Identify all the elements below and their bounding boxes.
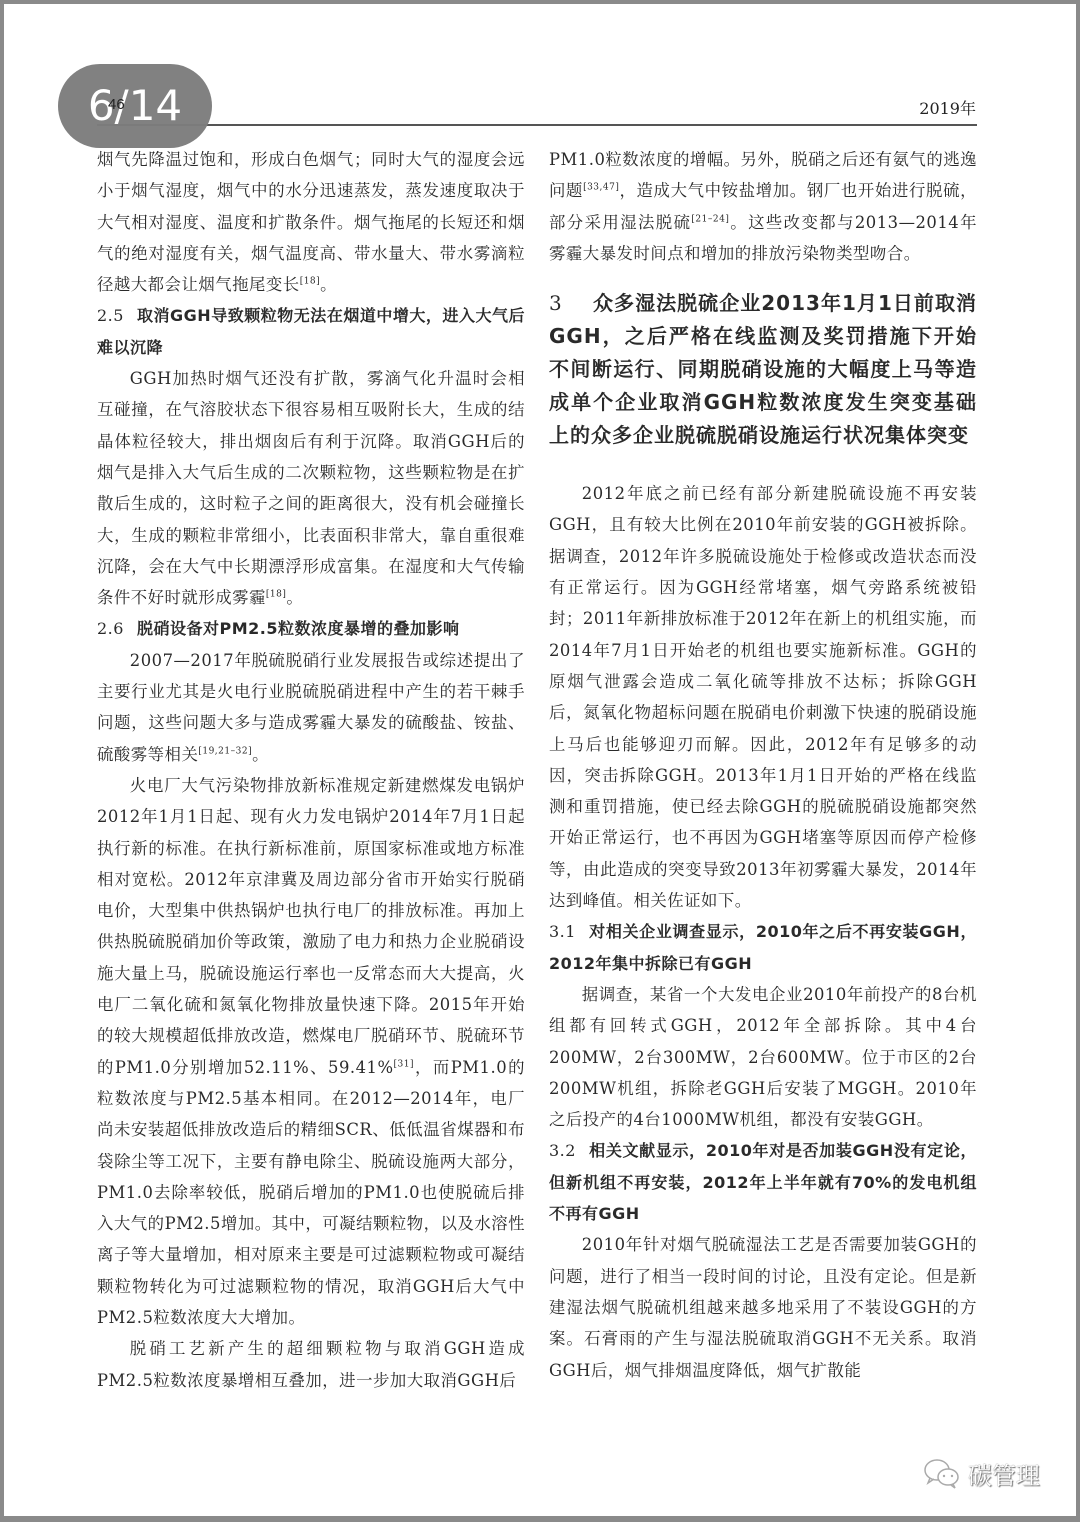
section-heading-2-6: 2.6脱硝设备对PM2.5粒数浓度暴增的叠加影响 [97,613,525,644]
section-heading-3: 3众多湿法脱硫企业2013年1月1日前取消GGH，之后严格在线监测及奖罚措施下开… [549,287,977,452]
section-heading-2-5: 2.5取消GGH导致颗粒物无法在烟道中增大，进入大气后难以沉降 [97,300,525,363]
watermark: 碳管理 [922,1456,1040,1491]
paragraph: 脱硝工艺新产生的超细颗粒物与取消GGH造成PM2.5粒数浓度暴增相互叠加，进一步… [97,1333,525,1396]
citation: [19,21–32] [198,746,252,756]
header-rule [97,124,977,126]
paragraph: 烟气先降温过饱和，形成白色烟气；同时大气的湿度会远小于烟气湿度，烟气中的水分迅速… [97,144,525,300]
citation: [18] [266,590,286,600]
paragraph: 2010年针对烟气脱硫湿法工艺是否需要加装GGH的问题，进行了相当一段时间的讨论… [549,1229,977,1385]
wechat-icon [922,1458,962,1490]
paragraph: 2012年底之前已经有部分新建脱硫设施不再安装GGH，且有较大比例在2010年前… [549,478,977,916]
paragraph: 火电厂大气污染物排放新标准规定新建燃煤发电锅炉2012年1月1日起、现有火力发电… [97,770,525,1333]
page-counter-badge: 6/14 [58,64,212,148]
paragraph: GGH加热时烟气还没有扩散，雾滴气化升温时会相互碰撞，在气溶胶状态下很容易相互吸… [97,363,525,613]
paragraph: PM1.0粒数浓度的增幅。另外，脱硝之后还有氨气的逃逸问题[33,47]，造成大… [549,144,977,269]
left-column: 烟气先降温过饱和，形成白色烟气；同时大气的湿度会远小于烟气湿度，烟气中的水分迅速… [97,144,525,1396]
section-heading-3-1: 3.1对相关企业调查显示，2010年之后不再安装GGH，2012年集中拆除已有G… [549,916,977,979]
right-column: PM1.0粒数浓度的增幅。另外，脱硝之后还有氨气的逃逸问题[33,47]，造成大… [549,144,977,1386]
section-heading-3-2: 3.2相关文献显示，2010年对是否加装GGH没有定论，但新机组不再安装，201… [549,1135,977,1229]
document-page: 6/14 46 2019年 烟气先降温过饱和，形成白色烟气；同时大气的湿度会远小… [4,4,1076,1516]
citation: [31] [394,1059,414,1069]
page-number: 46 [108,96,125,113]
paragraph: 2007—2017年脱硫脱硝行业发展报告或综述提出了主要行业尤其是火电行业脱硫脱… [97,645,525,770]
paragraph: 据调查，某省一个大发电企业2010年前投产的8台机组都有回转式GGH，2012年… [549,979,977,1135]
citation: [33,47] [583,183,619,193]
citation: [21–24] [691,214,729,224]
citation: [18] [300,277,320,287]
header-year: 2019年 [919,96,976,119]
watermark-text: 碳管理 [968,1456,1040,1491]
